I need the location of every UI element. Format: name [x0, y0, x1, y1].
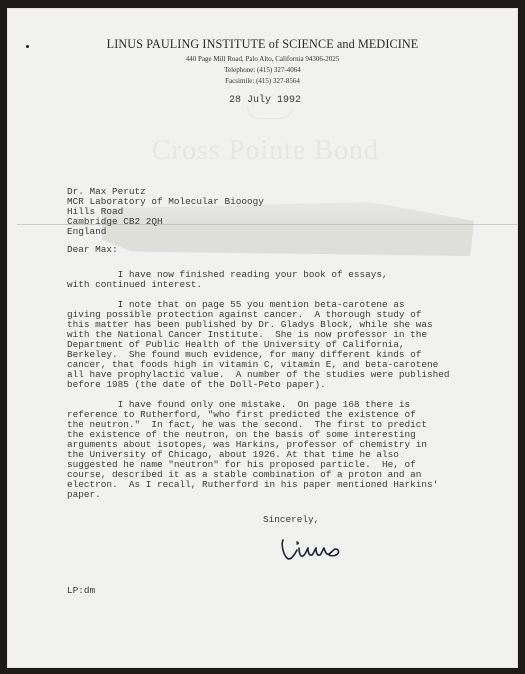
salutation: Dear Max:	[67, 245, 118, 255]
letterhead-science: SCIENCE	[282, 37, 334, 51]
typist-initials: LP:dm	[67, 586, 95, 596]
signature-icon	[277, 532, 357, 566]
recipient-address: Dr. Max Perutz MCR Laboratory of Molecul…	[67, 187, 264, 237]
letterhead-title: LINUS PAULING INSTITUTE of SCIENCE and M…	[7, 37, 518, 52]
letterhead-address: 440 Page Mill Road, Palo Alto, Californi…	[7, 55, 518, 63]
letter-page: Cross Pointe Bond LINUS PAULING INSTITUT…	[7, 8, 518, 668]
paper-watermark: Cross Pointe Bond	[152, 135, 379, 167]
letterhead-telephone: Telephone: (415) 327-4064	[7, 66, 518, 74]
letterhead-of: of	[266, 37, 283, 51]
watermark-logo-icon	[247, 106, 293, 119]
letterhead-and: and	[334, 37, 358, 51]
paragraph-2: I note that on page 55 you mention beta-…	[67, 300, 450, 390]
letterhead-institution: LINUS PAULING INSTITUTE	[107, 37, 266, 51]
paragraph-3: I have found only one mistake. On page 1…	[67, 400, 438, 500]
closing: Sincerely,	[263, 515, 319, 525]
letterhead-facsimile: Facsimile: (415) 327-8564	[7, 77, 518, 85]
letter-date: 28 July 1992	[229, 96, 301, 106]
letterhead-medicine: MEDICINE	[358, 37, 418, 51]
paragraph-1: I have now finished reading your book of…	[67, 270, 388, 290]
